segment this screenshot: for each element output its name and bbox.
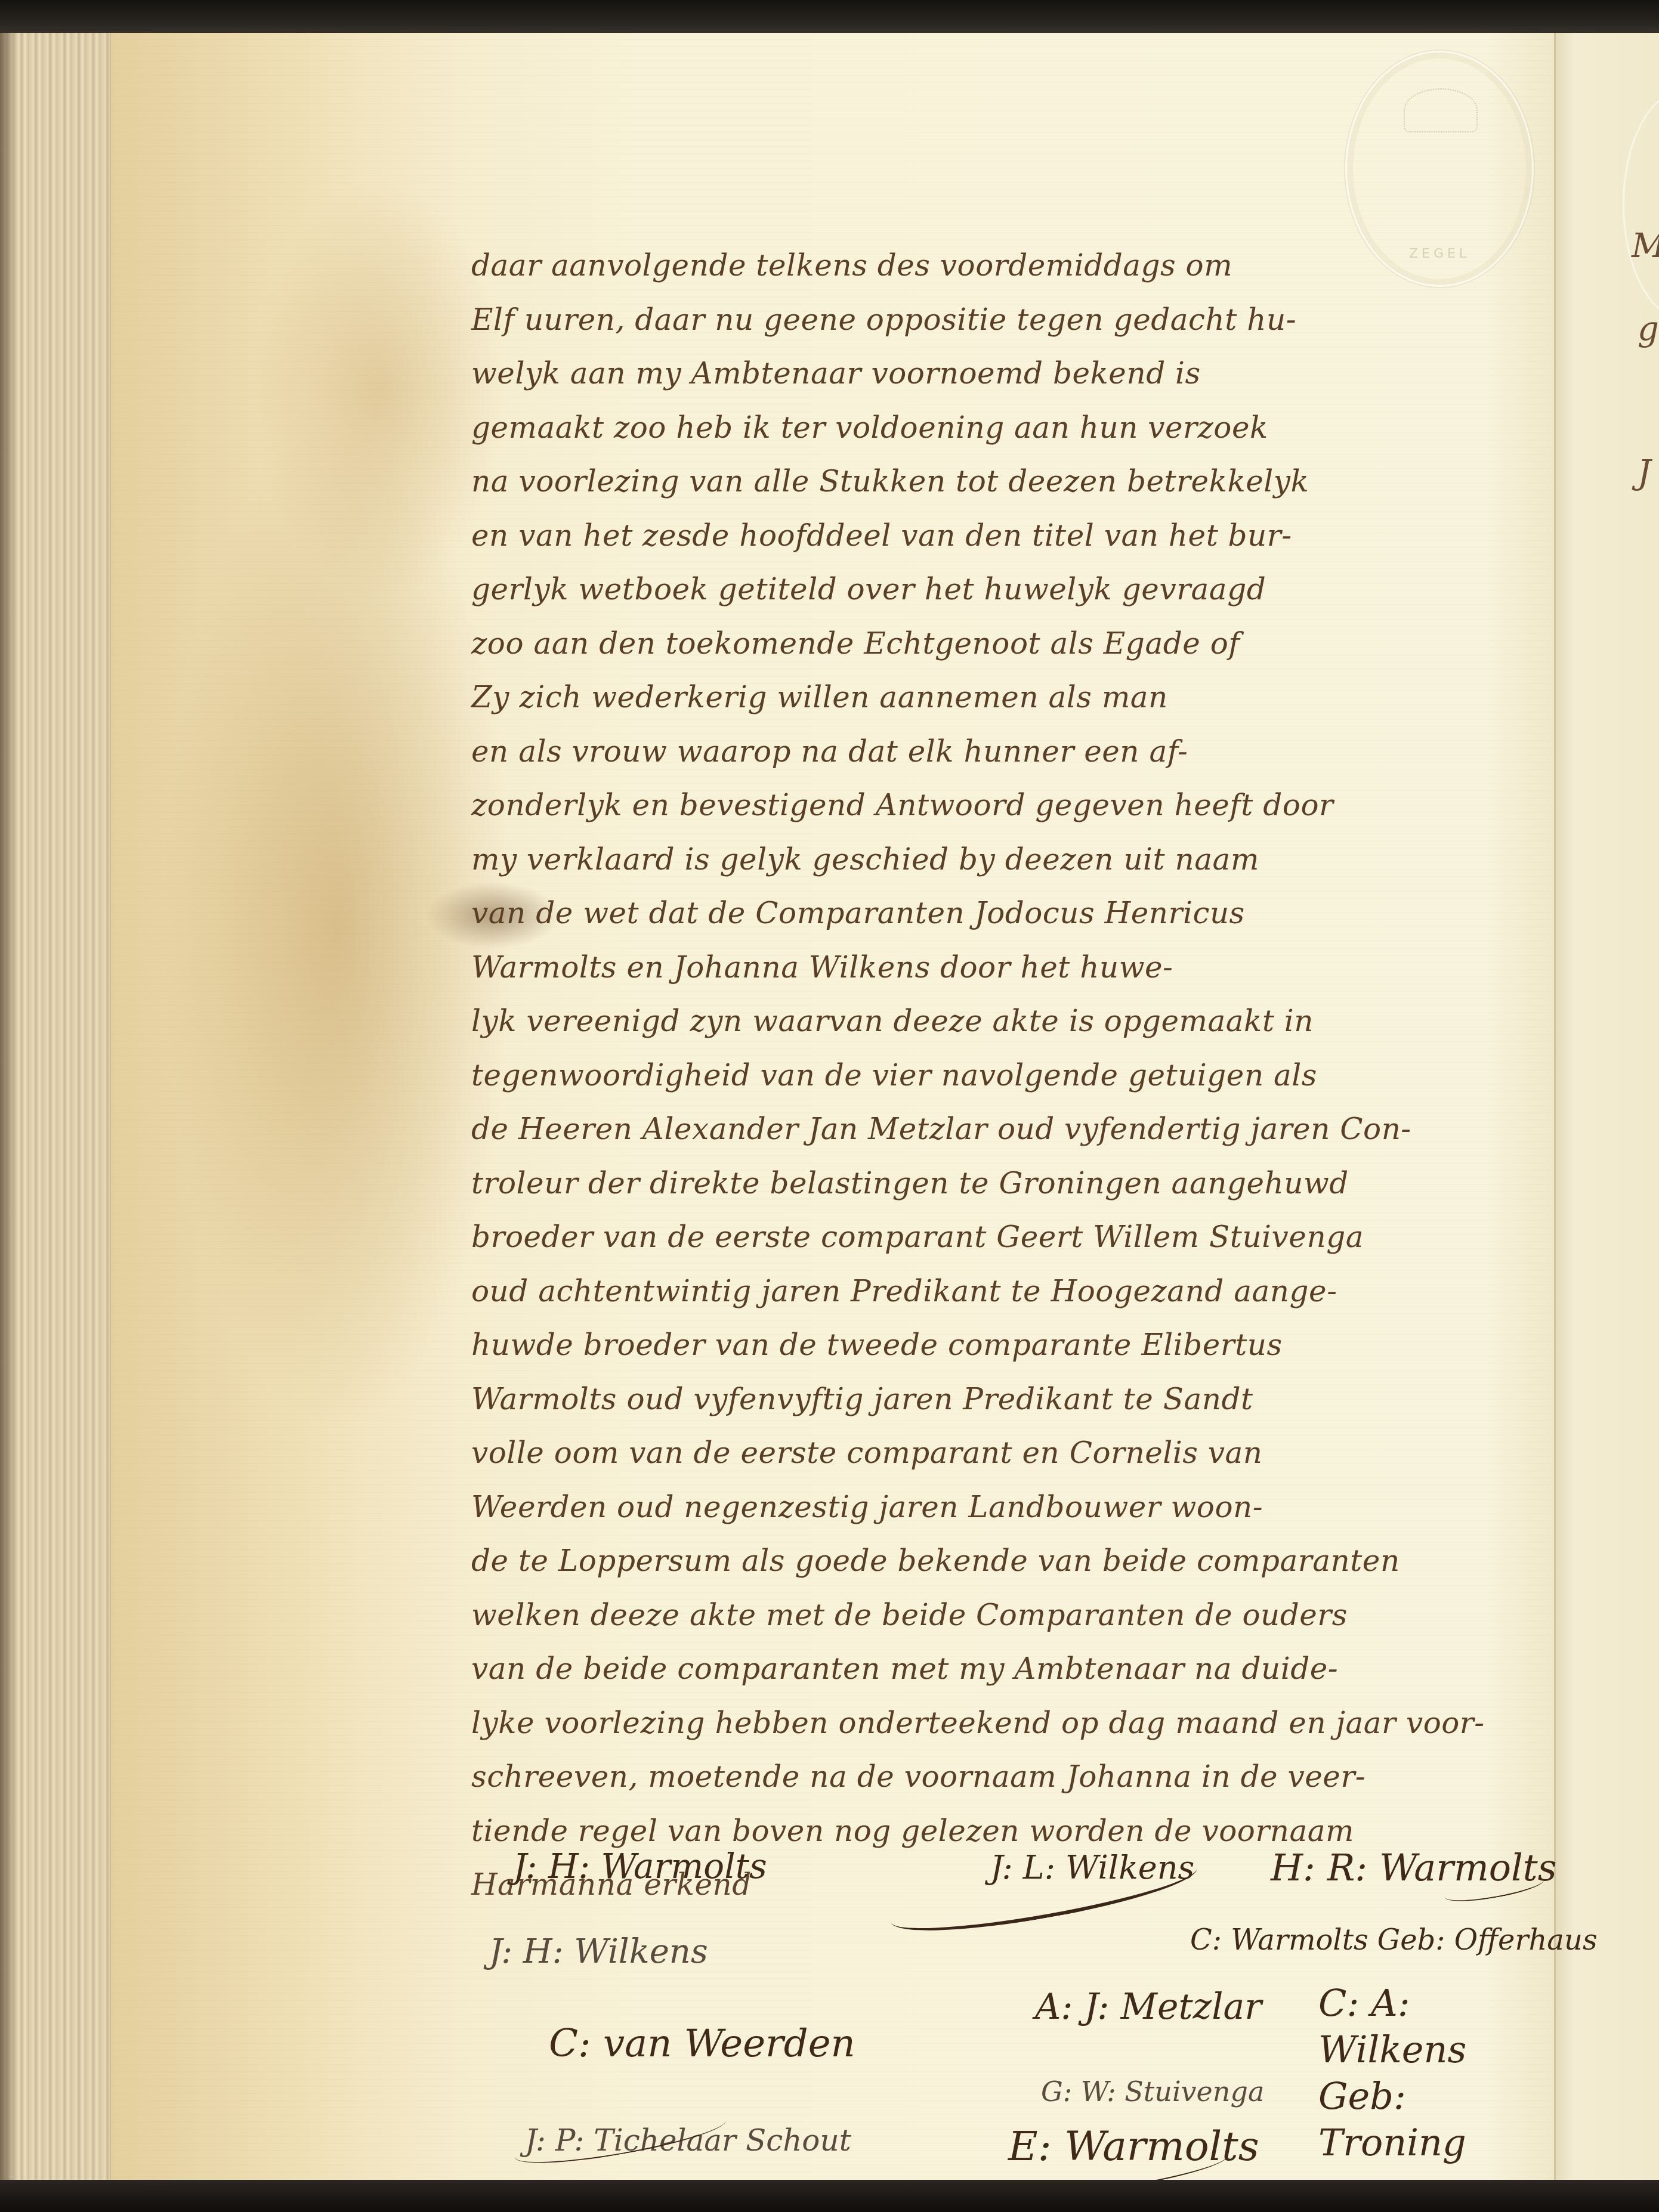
- manuscript-line: van de beide comparanten met my Ambtenaa…: [471, 1642, 1605, 1696]
- manuscript-line: zonderlyk en bevestigend Antwoord gegeve…: [471, 778, 1605, 833]
- manuscript-body: daar aanvolgende telkens des voordemidda…: [471, 239, 1605, 1912]
- book-binding-bottom: [0, 2180, 1659, 2212]
- manuscript-line: welyk aan my Ambtenaar voornoemd bekend …: [471, 347, 1605, 401]
- manuscript-line: Warmolts en Johanna Wilkens door het huw…: [471, 941, 1605, 995]
- facing-page-fragment: g: [1638, 310, 1659, 349]
- manuscript-line: gemaakt zoo heb ik ter voldoening aan hu…: [471, 401, 1605, 455]
- page-stack-edges: [0, 33, 121, 2180]
- facing-page-fragment: J: [1638, 453, 1651, 492]
- signature-bride: J: H: Wilkens: [489, 1932, 708, 1971]
- signature-mother-groom: C: Warmolts Geb: Offerhaus: [1190, 1923, 1598, 1957]
- manuscript-line: huwde broeder van de tweede comparante E…: [471, 1318, 1605, 1372]
- manuscript-line: na voorlezing van alle Stukken tot deeze…: [471, 454, 1605, 509]
- manuscript-line: troleur der direkte belastingen te Groni…: [471, 1156, 1605, 1211]
- manuscript-line: zoo aan den toekomende Echtgenoot als Eg…: [471, 617, 1605, 671]
- manuscript-line: broeder van de eerste comparant Geert Wi…: [471, 1210, 1605, 1264]
- manuscript-line: de Heeren Alexander Jan Metzlar oud vyfe…: [471, 1102, 1605, 1156]
- signature-mother-bride: C: A: Wilkens Geb: Troning: [1318, 1980, 1557, 2166]
- manuscript-line: Zy zich wederkerig willen aannemen als m…: [471, 670, 1605, 725]
- manuscript-line: my verklaard is gelyk geschied by deezen…: [471, 833, 1605, 887]
- manuscript-line: de te Loppersum als goede bekende van be…: [471, 1534, 1605, 1588]
- signature-groom: J: H: Warmolts: [513, 1846, 767, 1886]
- manuscript-line: volle oom van de eerste comparant en Cor…: [471, 1426, 1605, 1480]
- signature-van-weerden: C: van Weerden: [549, 2022, 855, 2066]
- manuscript-line: tegenwoordigheid van de vier navolgende …: [471, 1048, 1605, 1103]
- manuscript-line: gerlyk wetboek getiteld over het huwelyk…: [471, 562, 1605, 617]
- page-stack-shadow: [0, 33, 18, 2180]
- manuscript-line: van de wet dat de Comparanten Jodocus He…: [471, 886, 1605, 941]
- manuscript-line: Warmolts oud vyfenvyftig jaren Predikant…: [471, 1372, 1605, 1427]
- facing-page-fragment: M: [1632, 227, 1659, 265]
- manuscript-line: Weerden oud negenzestig jaren Landbouwer…: [471, 1480, 1605, 1535]
- manuscript-line: lyk vereenigd zyn waarvan deeze akte is …: [471, 994, 1605, 1048]
- manuscript-line: Elf uuren, daar nu geene oppositie tegen…: [471, 293, 1605, 347]
- manuscript-line: schreeven, moetende na de voornaam Johan…: [471, 1750, 1605, 1804]
- signature-stuivenga: G: W: Stuivenga: [1041, 2075, 1264, 2108]
- manuscript-line: daar aanvolgende telkens des voordemidda…: [471, 239, 1605, 293]
- book-binding-top: [0, 0, 1659, 36]
- signature-metzlar: A: J: Metzlar: [1035, 1986, 1262, 2028]
- manuscript-line: en als vrouw waarop na dat elk hunner ee…: [471, 725, 1605, 779]
- manuscript-line: oud achtentwintig jaren Predikant te Hoo…: [471, 1264, 1605, 1319]
- crown-icon: [1404, 88, 1478, 132]
- manuscript-line: lyke voorlezing hebben onderteekend op d…: [471, 1696, 1605, 1750]
- manuscript-line: en van het zesde hoofddeel van den titel…: [471, 509, 1605, 563]
- manuscript-line: welken deeze akte met de beide Comparant…: [471, 1588, 1605, 1642]
